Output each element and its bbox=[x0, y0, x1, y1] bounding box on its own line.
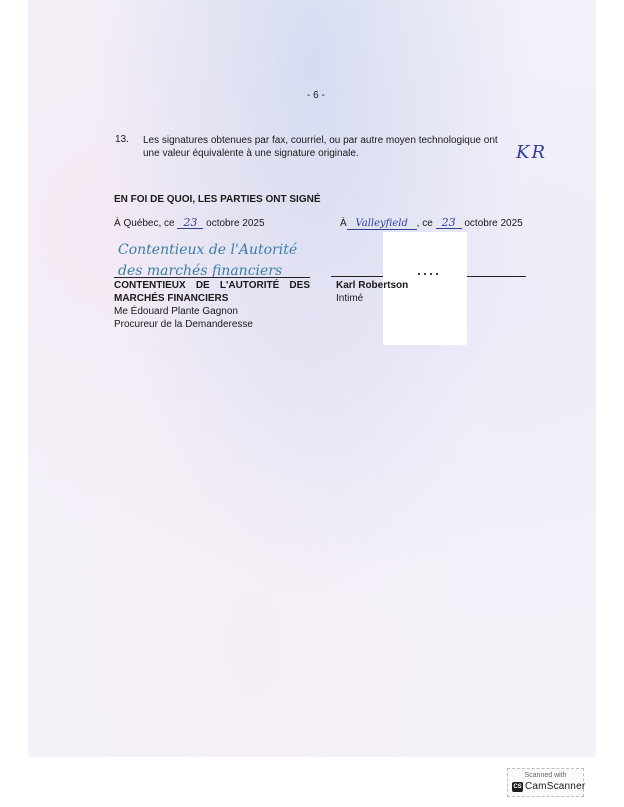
badge-caption: Scanned with bbox=[508, 772, 583, 779]
page-number: - 6 - bbox=[307, 90, 325, 101]
left-place-date: À Québec, ce 23 octobre 2025 bbox=[114, 217, 265, 229]
signature-heading: EN FOI DE QUOI, LES PARTIES ONT SIGNÉ bbox=[114, 194, 321, 205]
left-handwritten-day: 23 bbox=[177, 217, 203, 229]
left-party-block: CONTENTIEUX DE L'AUTORITÉ DES MARCHÉS FI… bbox=[114, 279, 310, 331]
badge-brand-name: CamScanner bbox=[525, 781, 585, 792]
left-party-name-line-1: CONTENTIEUX DE L'AUTORITÉ DES bbox=[114, 279, 310, 292]
left-party-name-line-2: MARCHÉS FINANCIERS bbox=[114, 292, 310, 305]
right-place-prefix: À bbox=[340, 218, 347, 229]
word: DE bbox=[196, 279, 210, 292]
signature-line-1: Contentieux de l'Autorité bbox=[118, 240, 297, 261]
left-party-representative: Me Édouard Plante Gagnon bbox=[114, 305, 310, 318]
right-handwritten-day: 23 bbox=[436, 217, 462, 229]
handwritten-initials: KR bbox=[516, 142, 547, 163]
right-party-block: Karl Robertson Intimé bbox=[336, 279, 408, 305]
right-place-date: ÀValleyfield, ce 23 octobre 2025 bbox=[340, 217, 523, 230]
left-month-year: octobre 2025 bbox=[206, 218, 264, 229]
word: DES bbox=[289, 279, 310, 292]
clause-text: Les signatures obtenues par fax, courrie… bbox=[143, 134, 513, 160]
camscanner-badge: Scanned with CS CamScanner bbox=[507, 768, 584, 797]
clause-number: 13. bbox=[115, 134, 129, 145]
right-party-role: Intimé bbox=[336, 292, 408, 305]
right-handwritten-city: Valleyfield bbox=[347, 218, 417, 230]
scanned-page bbox=[28, 0, 596, 757]
right-month-year: octobre 2025 bbox=[464, 218, 522, 229]
right-day-prefix: , ce bbox=[417, 218, 433, 229]
signature-fragment bbox=[416, 272, 442, 276]
left-handwritten-signature: Contentieux de l'Autorité des marchés fi… bbox=[118, 240, 297, 282]
right-party-name: Karl Robertson bbox=[336, 279, 408, 292]
word: L'AUTORITÉ bbox=[220, 279, 279, 292]
camscanner-logo-icon: CS bbox=[512, 782, 523, 792]
word: CONTENTIEUX bbox=[114, 279, 186, 292]
left-signature-line bbox=[114, 277, 310, 278]
left-party-role: Procureur de la Demanderesse bbox=[114, 318, 310, 331]
left-place-prefix: À Québec, ce bbox=[114, 218, 175, 229]
